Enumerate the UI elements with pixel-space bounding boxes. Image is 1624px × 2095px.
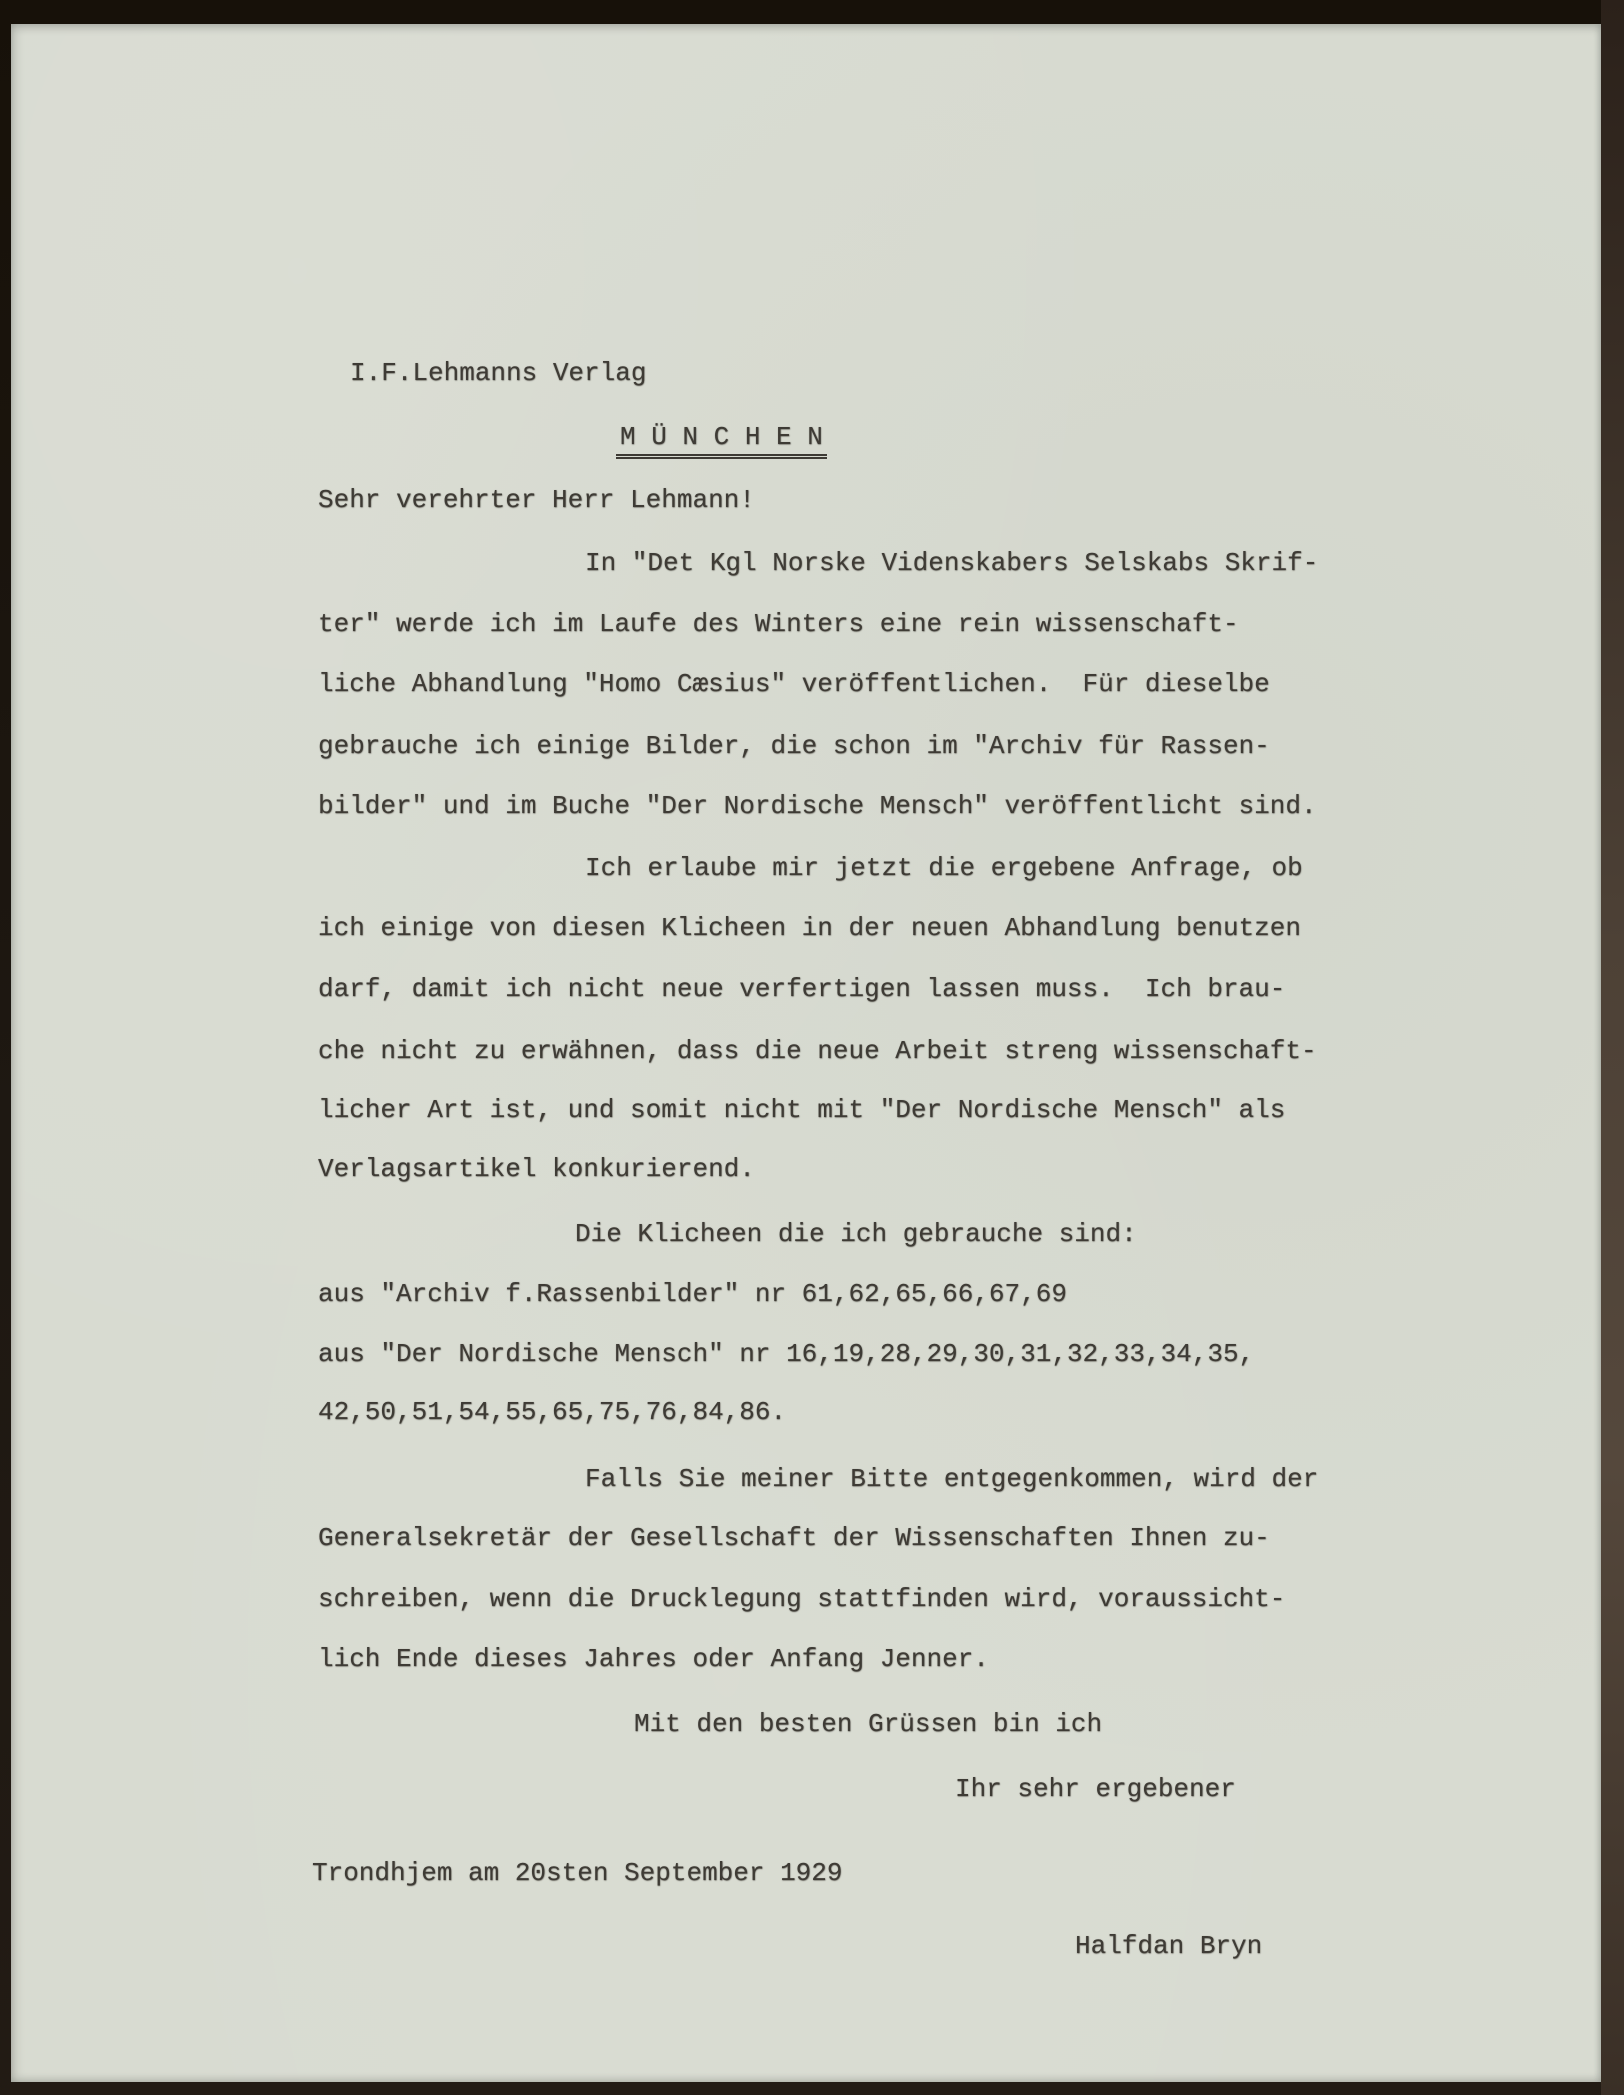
body-line: licher Art ist, und somit nicht mit "Der…	[318, 1097, 1285, 1123]
body-line: aus "Der Nordische Mensch" nr 16,19,28,2…	[318, 1341, 1254, 1367]
body-line: In "Det Kgl Norske Videnskabers Selskabs…	[585, 550, 1318, 576]
body-line: lich Ende dieses Jahres oder Anfang Jenn…	[318, 1646, 989, 1672]
salutation-line: Sehr verehrter Herr Lehmann!	[318, 487, 755, 513]
body-line: liche Abhandlung "Homo Cæsius" veröffent…	[318, 671, 1270, 697]
body-line: schreiben, wenn die Drucklegung stattfin…	[318, 1586, 1285, 1612]
body-line: Falls Sie meiner Bitte entgegenkommen, w…	[585, 1466, 1318, 1492]
body-line: Generalsekretär der Gesellschaft der Wis…	[318, 1525, 1270, 1551]
city-line: M Ü N C H E N	[616, 424, 827, 459]
scanned-letter-page: I.F.Lehmanns Verlag M Ü N C H E N Sehr v…	[0, 0, 1624, 2095]
body-line: gebrauche ich einige Bilder, die schon i…	[318, 733, 1270, 759]
body-line: darf, damit ich nicht neue verfertigen l…	[318, 976, 1285, 1002]
body-line: ter" werde ich im Laufe des Winters eine…	[318, 611, 1239, 637]
body-line: Die Klicheen die ich gebrauche sind:	[575, 1221, 1137, 1247]
body-line: Mit den besten Grüssen bin ich	[634, 1711, 1102, 1737]
body-line: che nicht zu erwähnen, dass die neue Arb…	[318, 1038, 1317, 1064]
signature-line: Halfdan Bryn	[1075, 1933, 1262, 1959]
body-line: 42,50,51,54,55,65,75,76,84,86.	[318, 1399, 786, 1425]
body-line: ich einige von diesen Klicheen in der ne…	[318, 915, 1301, 941]
body-line: bilder" und im Buche "Der Nordische Mens…	[318, 793, 1317, 819]
scanner-background	[1601, 0, 1624, 2095]
body-line: Ihr sehr ergebener	[955, 1776, 1236, 1802]
body-line: aus "Archiv f.Rassenbilder" nr 61,62,65,…	[318, 1281, 1067, 1307]
body-line: Verlagsartikel konkurierend.	[318, 1156, 755, 1182]
body-line: Ich erlaube mir jetzt die ergebene Anfra…	[585, 855, 1303, 881]
dateline: Trondhjem am 20sten September 1929	[312, 1860, 843, 1886]
recipient-line: I.F.Lehmanns Verlag	[350, 360, 646, 386]
